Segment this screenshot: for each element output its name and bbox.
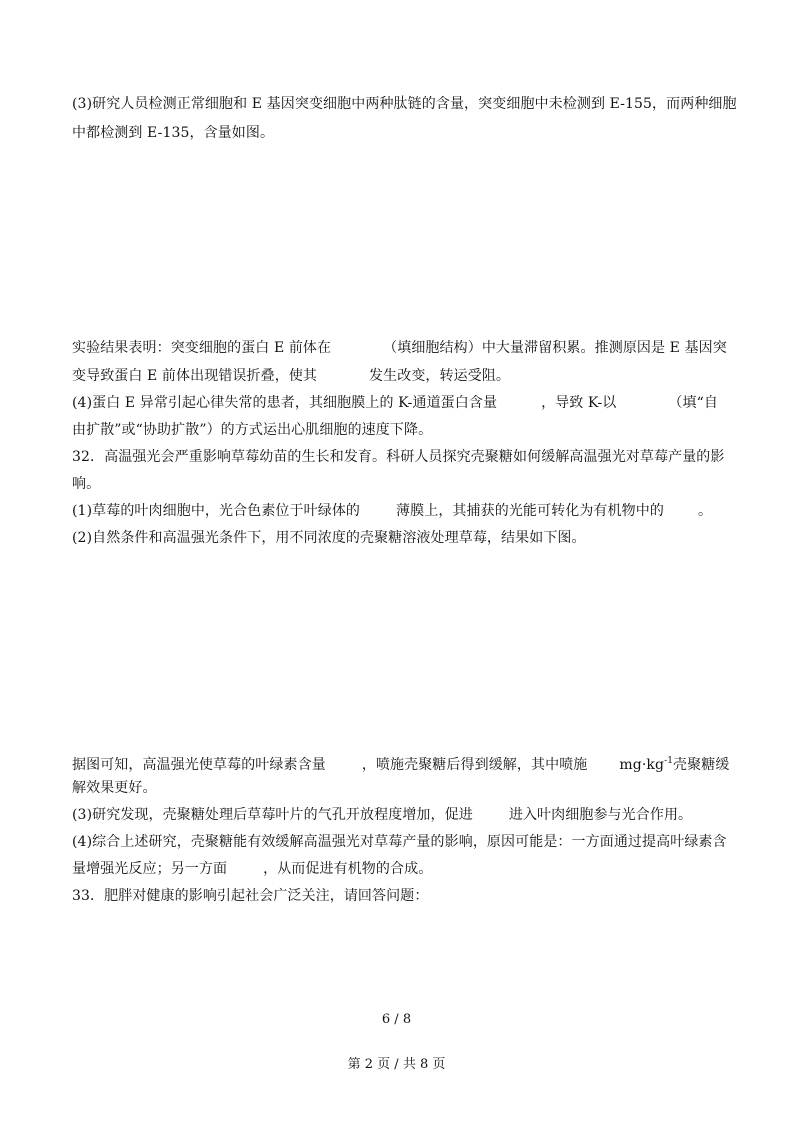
q32-result-unit-sup: -1: [664, 756, 673, 766]
q31-part3-line1: (3)研究人员检测正常细胞和 E 基因突变细胞中两种肽链的含量，突变细胞中未检测…: [72, 94, 737, 114]
q32-result-unit: mg·kg: [619, 757, 664, 773]
q31-result-text-2a: 变导致蛋白 E 前体出现错误折叠，使其: [72, 368, 317, 384]
q32-result-text-1b: ，喷施壳聚糖后得到缓解，其中喷施: [362, 757, 588, 773]
q31-result-text-1a: 实验结果表明：突变细胞的蛋白 E 前体在: [72, 340, 331, 356]
q32-result-line2: 解效果更好。: [72, 778, 157, 798]
q33-stem: 33．肥胖对健康的影响引起社会广泛关注，请回答问题：: [72, 886, 428, 906]
q31-part3-line2: 中都检测到 E-135，含量如图。: [72, 123, 274, 143]
q31-result-line1: 实验结果表明：突变细胞的蛋白 E 前体在（填细胞结构）中大量滞留积累。推测原因是…: [72, 338, 727, 358]
q32-part3-text-b: 进入叶肉细胞参与光合作用。: [509, 807, 692, 823]
q31-part4-line1: (4)蛋白 E 异常引起心律失常的患者，其细胞膜上的 K-通道蛋白含量，导致 K…: [72, 393, 718, 413]
figure-placeholder-chlorophyll-content: [72, 555, 722, 745]
q31-result-line2: 变导致蛋白 E 前体出现错误折叠，使其发生改变，转运受阻。: [72, 366, 510, 386]
q31-result-text-2b: 发生改变，转运受阻。: [369, 368, 510, 384]
document-page: (3)研究人员检测正常细胞和 E 基因突变细胞中两种肽链的含量，突变细胞中未检测…: [0, 0, 793, 1122]
q32-part4-text-2a: 量增强光反应；另一方面: [72, 861, 227, 877]
q31-result-text-1b: （填细胞结构）中大量滞留积累。推测原因是 E 基因突: [383, 340, 727, 356]
q31-part4-text-1b: ，导致 K-以: [541, 395, 616, 411]
q32-result-text-1a: 据图可知，高温强光使草莓的叶绿素含量: [72, 757, 326, 773]
q32-part1: (1)草莓的叶肉细胞中，光合色素位于叶绿体的薄膜上，其捕获的光能可转化为有机物中…: [72, 501, 712, 521]
q32-part4-line2: 量增强光反应；另一方面，从而促进有机物的合成。: [72, 859, 432, 879]
q32-part4-line1: (4)综合上述研究，壳聚糖能有效缓解高温强光对草莓产量的影响，原因可能是：一方面…: [72, 832, 727, 852]
q32-part4-text-2b: ，从而促进有机物的合成。: [263, 861, 432, 877]
page-fraction: 6 / 8: [0, 1011, 793, 1029]
q31-part4-line2: 由扩散”或“协助扩散”）的方式运出心肌细胞的速度下降。: [72, 420, 432, 440]
q32-result-text-1c: 壳聚糖缓: [673, 757, 729, 773]
q31-part4-text-1c: （填“自: [668, 395, 718, 411]
q32-stem-line2: 响。: [72, 474, 100, 494]
q31-part4-text-1a: (4)蛋白 E 异常引起心律失常的患者，其细胞膜上的 K-通道蛋白含量: [72, 395, 497, 411]
q32-part1-text-c: 。: [698, 503, 712, 519]
q32-result-line1: 据图可知，高温强光使草莓的叶绿素含量，喷施壳聚糖后得到缓解，其中喷施mg·kg-…: [72, 751, 729, 775]
figure-placeholder-peptide-content: [72, 150, 722, 330]
q32-stem-line1: 32．高温强光会严重影响草莓幼苗的生长和发育。科研人员探究壳聚糖如何缓解高温强光…: [72, 447, 725, 467]
q32-part1-text-a: (1)草莓的叶肉细胞中，光合色素位于叶绿体的: [72, 503, 360, 519]
q32-part3-text-a: (3)研究发现，壳聚糖处理后草莓叶片的气孔开放程度增加，促进: [72, 807, 473, 823]
q32-part3: (3)研究发现，壳聚糖处理后草莓叶片的气孔开放程度增加，促进进入叶肉细胞参与光合…: [72, 805, 692, 825]
q32-part1-text-b: 薄膜上，其捕获的光能可转化为有机物中的: [396, 503, 664, 519]
page-number-footer: 第 2 页 / 共 8 页: [0, 1056, 793, 1074]
q32-part2: (2)自然条件和高温强光条件下，用不同浓度的壳聚糖溶液处理草莓，结果如下图。: [72, 528, 586, 548]
